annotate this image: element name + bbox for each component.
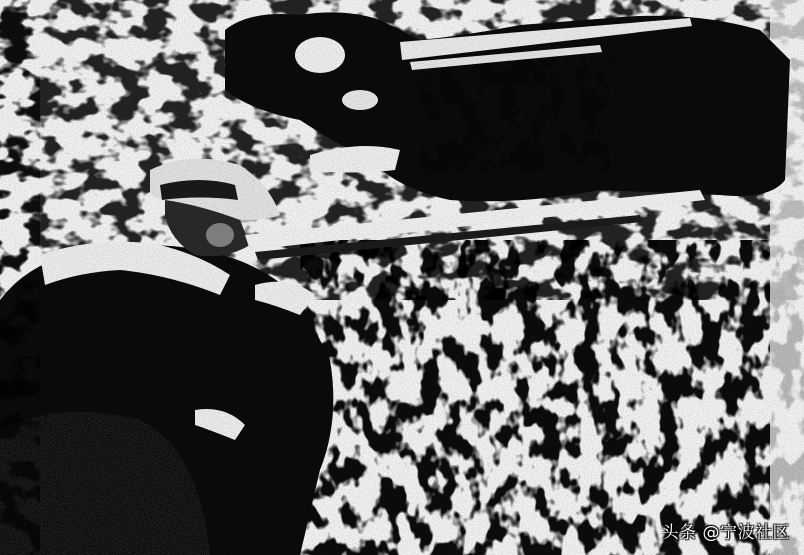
- film-grain: [0, 0, 804, 555]
- photo-scene: [0, 0, 804, 555]
- watermark: 头条 @宁波社区: [662, 518, 790, 543]
- historical-photo: 头条 @宁波社区: [0, 0, 804, 555]
